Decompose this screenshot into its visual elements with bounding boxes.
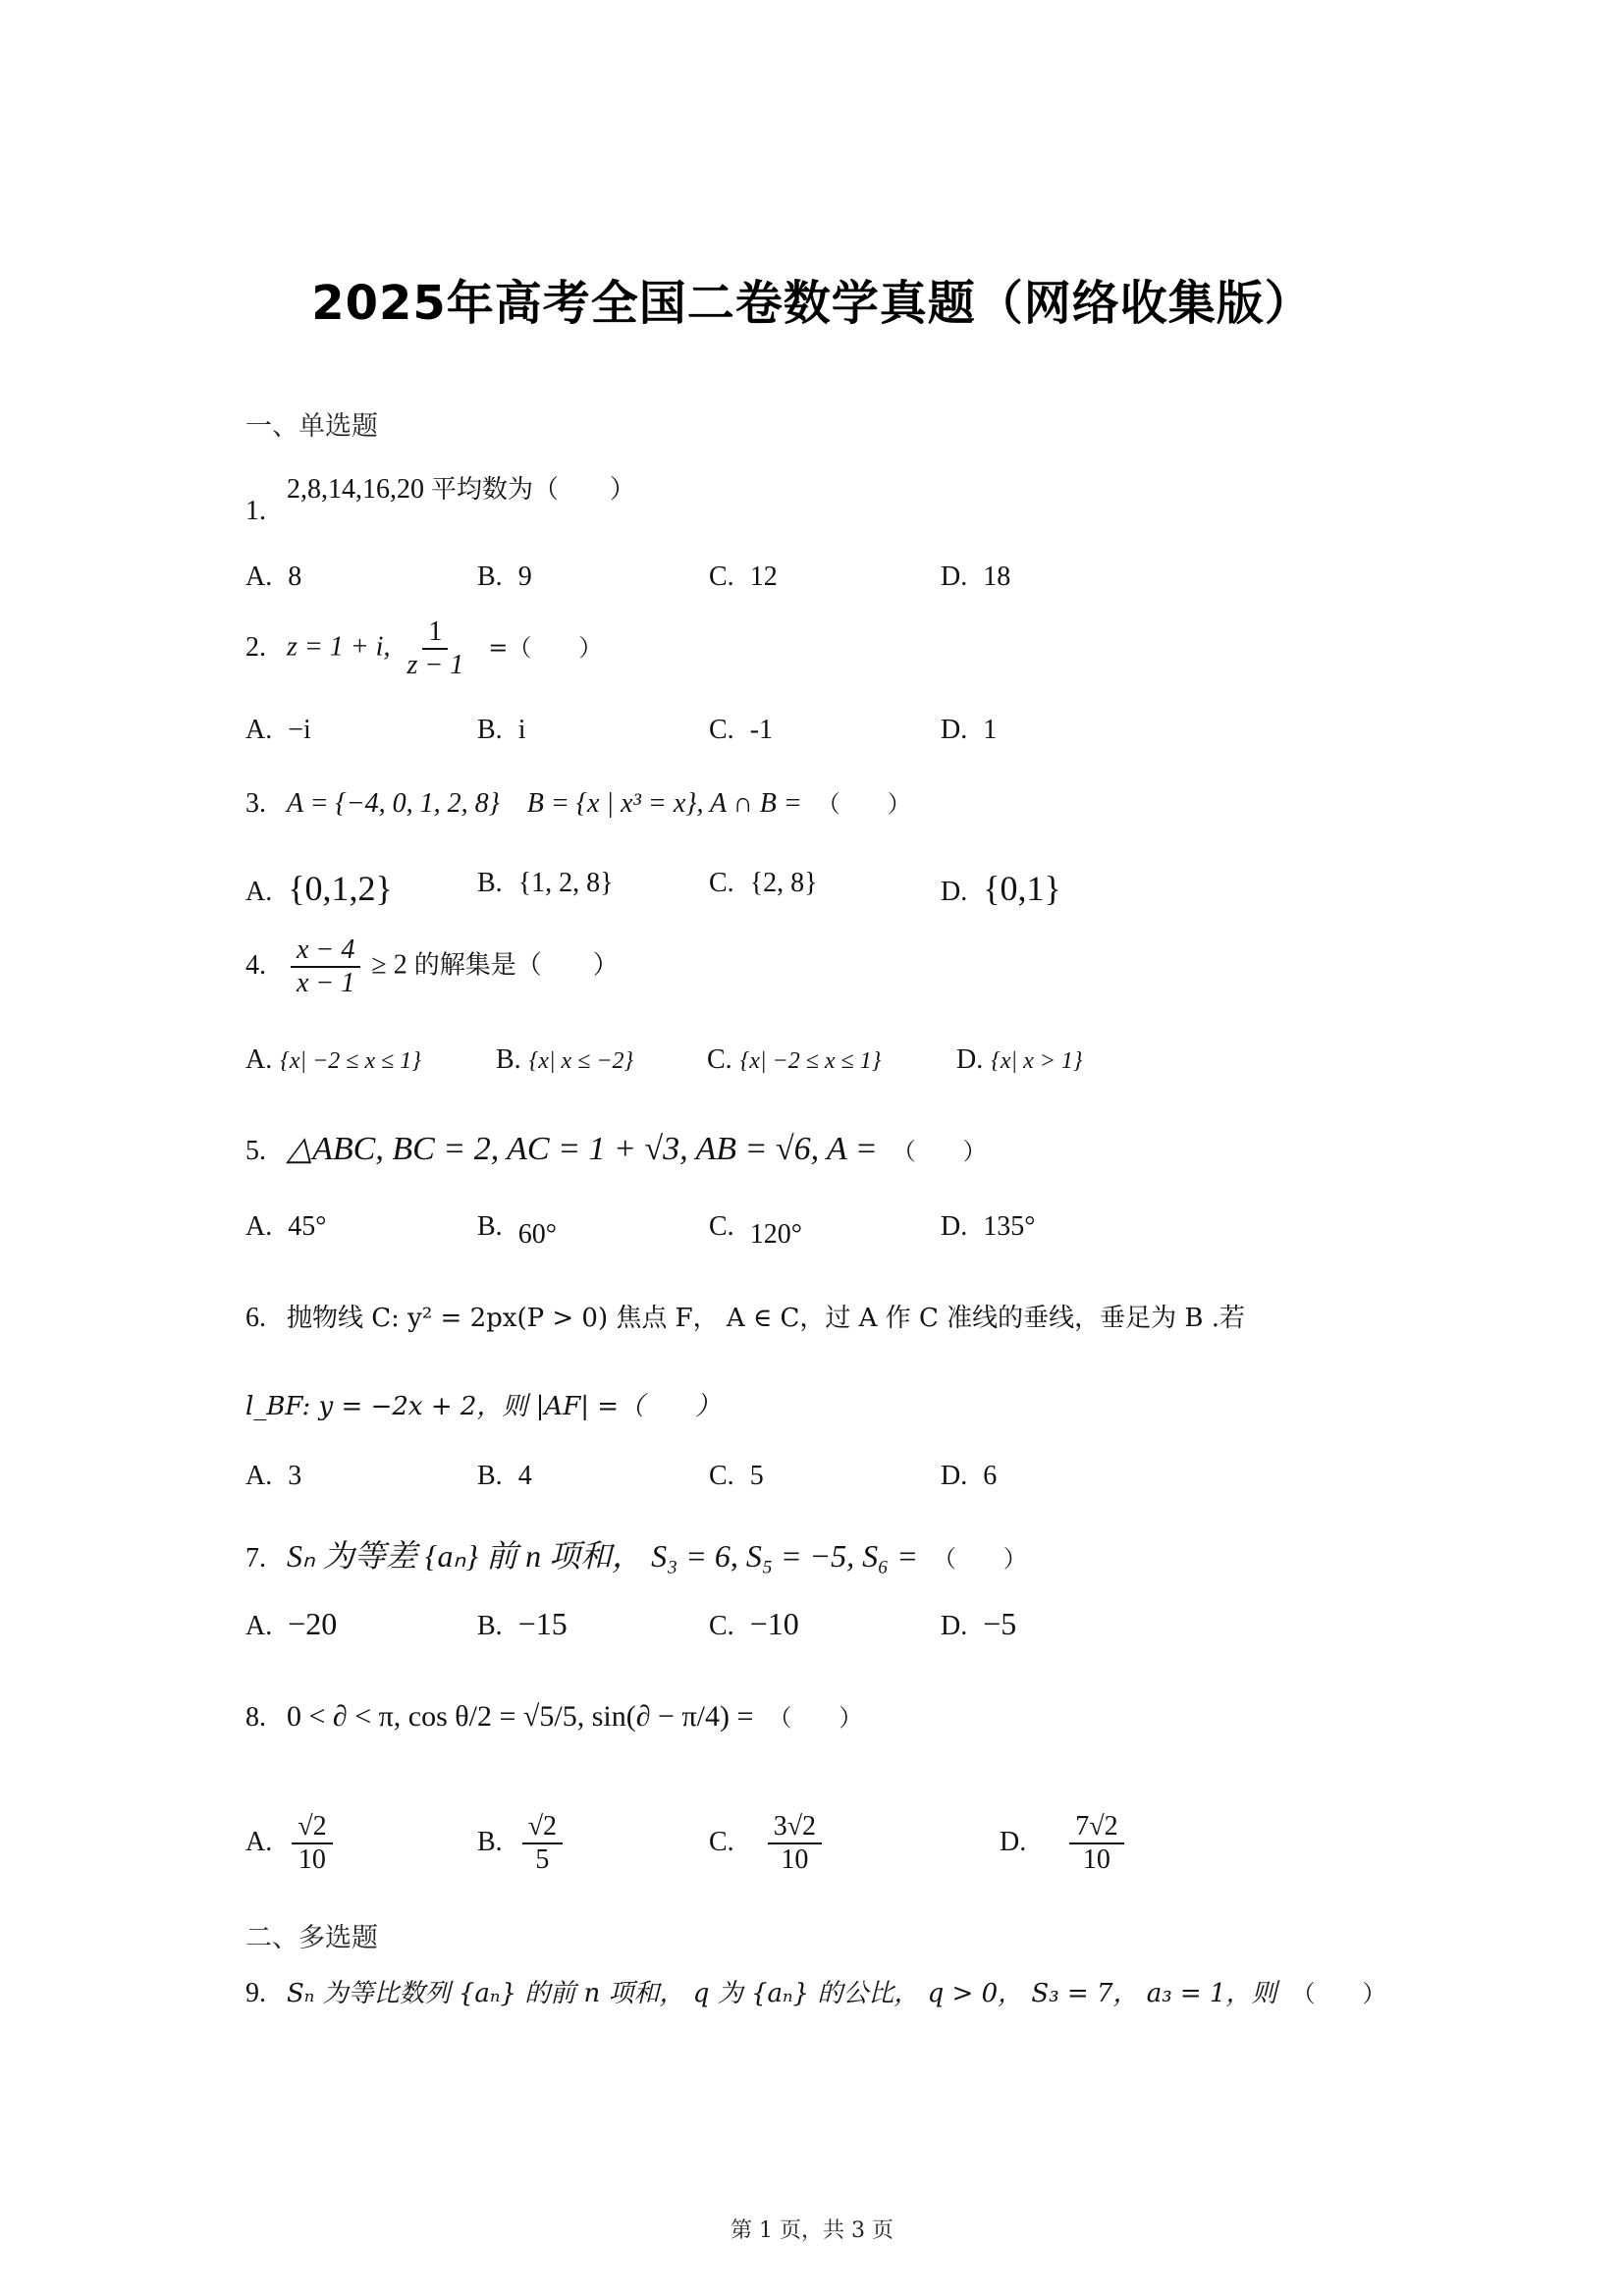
option-d[interactable]: D.1 xyxy=(941,715,997,746)
options-3: A.{0,1,2} B.{1, 2, 8} C.{2, 8} D.{0,1} xyxy=(245,868,1424,927)
page-title: 2025年高考全国二卷数学真题（网络收集版） xyxy=(0,265,1624,333)
question-stem-math: A = {−4, 0, 1, 2, 8} B = {x | x³ = x}, A… xyxy=(287,788,802,819)
options-5: A.45° B.60° C.120° D.135° xyxy=(245,1211,1424,1270)
section-heading-multi-choice: 二、多选题 xyxy=(245,1916,378,1954)
question-stem-text: 抛物线 C: y² = 2px(P > 0) 焦点 F， A ∈ C，过 A 作… xyxy=(287,1304,1245,1333)
question-number: 4. xyxy=(245,950,266,982)
options-2: A.−i B.i C.-1 D.1 xyxy=(245,715,1424,774)
option-b[interactable]: B.9 xyxy=(477,561,532,593)
question-stem-text: （ ） xyxy=(1292,1980,1386,2007)
options-4: A.{x| −2 ≤ x ≤ 1} B.{x| x ≤ −2} C.{x| −2… xyxy=(245,1044,1424,1103)
option-d[interactable]: D.6 xyxy=(941,1461,997,1492)
fraction: 1z − 1 xyxy=(401,616,469,681)
question-stem-text: （ ） xyxy=(817,790,911,818)
option-b[interactable]: B.{1, 2, 8} xyxy=(477,868,614,899)
options-6: A.3 B.4 C.5 D.6 xyxy=(245,1461,1424,1520)
question-stem-math: △ABC, BC = 2, AC = 1 + √3, AB = √6, A = xyxy=(287,1131,878,1167)
option-a[interactable]: A.−20 xyxy=(245,1606,337,1642)
option-c[interactable]: C.-1 xyxy=(709,715,773,746)
option-c[interactable]: C.120° xyxy=(709,1211,802,1243)
question-stem-math: 2,8,14,16,20 xyxy=(287,474,424,505)
question-4: 4. x − 4x − 1 ≥ 2 的解集是（ ） xyxy=(245,934,619,999)
question-number: 8. xyxy=(245,1702,266,1734)
question-5: 5. △ABC, BC = 2, AC = 1 + √3, AB = √6, A… xyxy=(245,1129,987,1168)
option-a[interactable]: A.{0,1,2} xyxy=(245,868,393,909)
question-9: 9. Sₙ 为等比数列 {aₙ} 的前 n 项和， q 为 {aₙ} 的公比， … xyxy=(245,1973,1386,2009)
question-stem-text: （ ） xyxy=(933,1545,1027,1573)
question-stem-text: l_BF: y = −2x + 2，则 |AF| =（ ） xyxy=(245,1392,721,1421)
option-c[interactable]: C.{x| −2 ≤ x ≤ 1} xyxy=(707,1044,881,1076)
option-d[interactable]: D.135° xyxy=(941,1211,1035,1243)
question-stem-text: （ ） xyxy=(893,1138,987,1165)
question-stem-text: 的解集是（ ） xyxy=(414,951,619,981)
question-stem-text: （ ） xyxy=(768,1704,862,1732)
question-1: 1. 2,8,14,16,20 平均数为（ ） xyxy=(245,469,635,506)
option-d[interactable]: D.{x| x > 1} xyxy=(956,1044,1083,1076)
option-a[interactable]: A.45° xyxy=(245,1211,326,1243)
question-3: 3. A = {−4, 0, 1, 2, 8} B = {x | x³ = x}… xyxy=(245,781,911,821)
option-b[interactable]: B.−15 xyxy=(477,1606,568,1642)
question-stem-math: Sₙ 为等比数列 {aₙ} 的前 n 项和， q 为 {aₙ} 的公比， q >… xyxy=(287,1979,1277,2008)
question-stem-text: 平均数为（ ） xyxy=(431,475,635,505)
option-a[interactable]: A.8 xyxy=(245,561,301,593)
question-7: 7. Sₙ 为等差 {aₙ} 前 n 项和， S₃ = 6, S₅ = −5, … xyxy=(245,1531,1027,1576)
option-c[interactable]: C.{2, 8} xyxy=(709,868,818,899)
options-7: A.−20 B.−15 C.−10 D.−5 xyxy=(245,1606,1424,1665)
question-6-line-2: l_BF: y = −2x + 2，则 |AF| =（ ） xyxy=(245,1386,721,1422)
option-c[interactable]: C.3√210 xyxy=(709,1811,826,1876)
question-number: 1. xyxy=(245,496,266,527)
question-stem-math: 0 < ∂ < π, cos θ/2 = √5/5, sin(∂ − π/4) … xyxy=(287,1700,753,1733)
question-2: 2. z = 1 + i, 1z − 1 =（ ） xyxy=(245,616,602,681)
question-number: 3. xyxy=(245,788,266,820)
question-6-line-1: 6. 抛物线 C: y² = 2px(P > 0) 焦点 F， A ∈ C，过 … xyxy=(245,1298,1245,1334)
option-a[interactable]: A.{x| −2 ≤ x ≤ 1} xyxy=(245,1044,421,1076)
option-d[interactable]: D.−5 xyxy=(941,1606,1016,1642)
option-d[interactable]: D.{0,1} xyxy=(941,868,1061,909)
options-8: A.√210 B.√25 C.3√210 D.7√210 xyxy=(245,1811,1424,1899)
option-c[interactable]: C.5 xyxy=(709,1461,764,1492)
question-number: 7. xyxy=(245,1543,266,1575)
question-number: 5. xyxy=(245,1136,266,1167)
options-1: A.8 B.9 C.12 D.18 xyxy=(245,561,1424,620)
question-stem-math: ≥ 2 xyxy=(371,950,406,981)
option-c[interactable]: C.12 xyxy=(709,561,778,593)
question-number: 2. xyxy=(245,632,266,664)
question-stem-math: z = 1 + i, xyxy=(287,632,390,663)
option-b[interactable]: B.60° xyxy=(477,1211,557,1243)
option-a[interactable]: A.√210 xyxy=(245,1811,337,1876)
section-heading-single-choice: 一、单选题 xyxy=(245,404,378,443)
option-d[interactable]: D.7√210 xyxy=(1000,1811,1128,1876)
option-a[interactable]: A.−i xyxy=(245,715,311,746)
question-8: 8. 0 < ∂ < π, cos θ/2 = √5/5, sin(∂ − π/… xyxy=(245,1698,862,1734)
option-b[interactable]: B.i xyxy=(477,715,525,746)
question-number: 9. xyxy=(245,1978,266,2009)
question-stem-text: =（ ） xyxy=(488,634,602,662)
option-c[interactable]: C.−10 xyxy=(709,1606,799,1642)
option-b[interactable]: B.{x| x ≤ −2} xyxy=(496,1044,633,1076)
option-b[interactable]: B.4 xyxy=(477,1461,532,1492)
option-b[interactable]: B.√25 xyxy=(477,1811,567,1876)
question-stem-math: Sₙ 为等差 {aₙ} 前 n 项和， S₃ = 6, S₅ = −5, S₆ … xyxy=(287,1538,918,1574)
option-a[interactable]: A.3 xyxy=(245,1461,301,1492)
question-number: 6. xyxy=(245,1303,266,1334)
option-d[interactable]: D.18 xyxy=(941,561,1010,593)
page-footer: 第 1 页，共 3 页 xyxy=(0,2214,1624,2244)
fraction: x − 4x − 1 xyxy=(291,934,360,999)
